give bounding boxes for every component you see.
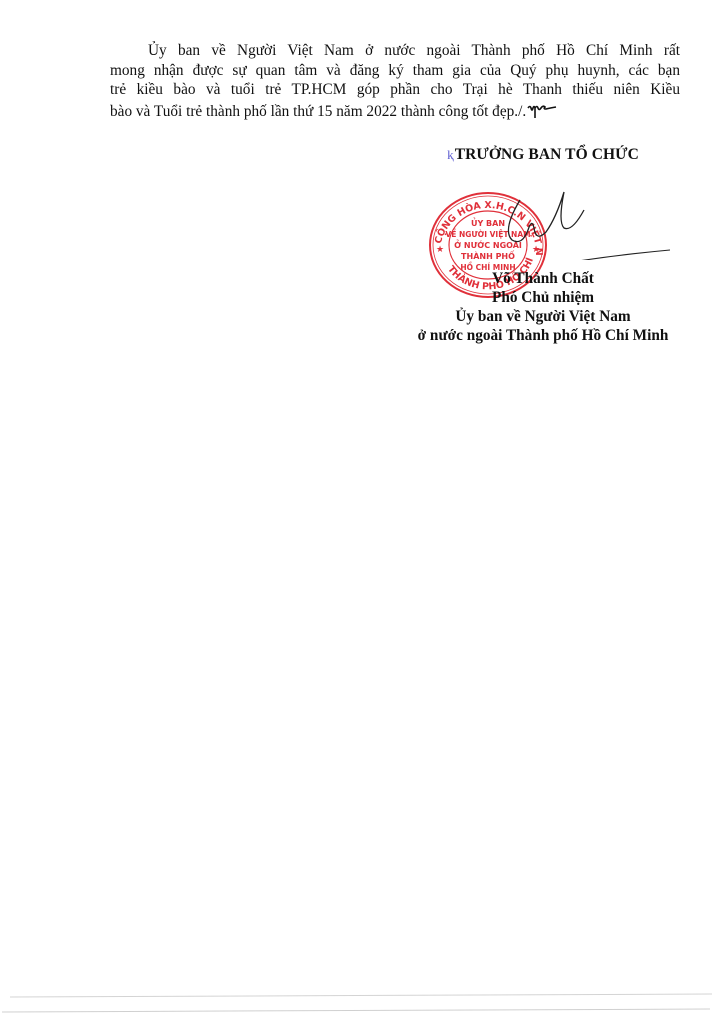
paragraph-line: trẻ kiều bào và tuổi trẻ TP.HCM góp phần…: [110, 80, 680, 100]
page-edge-divider: [0, 990, 724, 1020]
paragraph-line-last: bào và Tuổi trẻ thành phố lần thứ 15 năm…: [110, 100, 680, 122]
signer-organization-line2: ở nước ngoài Thành phố Hồ Chí Minh: [398, 327, 688, 345]
handwritten-signature-icon: [480, 180, 680, 260]
signature-title: ⱪTRƯỞNG BAN TỔ CHỨC: [398, 146, 688, 164]
handwritten-initials-icon: [526, 100, 560, 120]
paragraph-line: Ủy ban về Người Việt Nam ở nước ngoài Th…: [110, 41, 680, 61]
svg-text:★: ★: [436, 245, 444, 255]
signature-title-text: TRƯỞNG BAN TỔ CHỨC: [455, 146, 639, 163]
paragraph-line-text: bào và Tuổi trẻ thành phố lần thứ 15 năm…: [110, 103, 526, 120]
paragraph-line: mong nhận được sự quan tâm và đăng ký th…: [110, 61, 680, 81]
signer-position: Phó Chủ nhiệm: [398, 289, 688, 307]
signer-name: Võ Thành Chất: [398, 270, 688, 288]
initial-check-icon: ⱪ: [447, 147, 454, 162]
closing-paragraph: Ủy ban về Người Việt Nam ở nước ngoài Th…: [110, 41, 680, 121]
signer-organization-line1: Ủy ban về Người Việt Nam: [398, 308, 688, 326]
